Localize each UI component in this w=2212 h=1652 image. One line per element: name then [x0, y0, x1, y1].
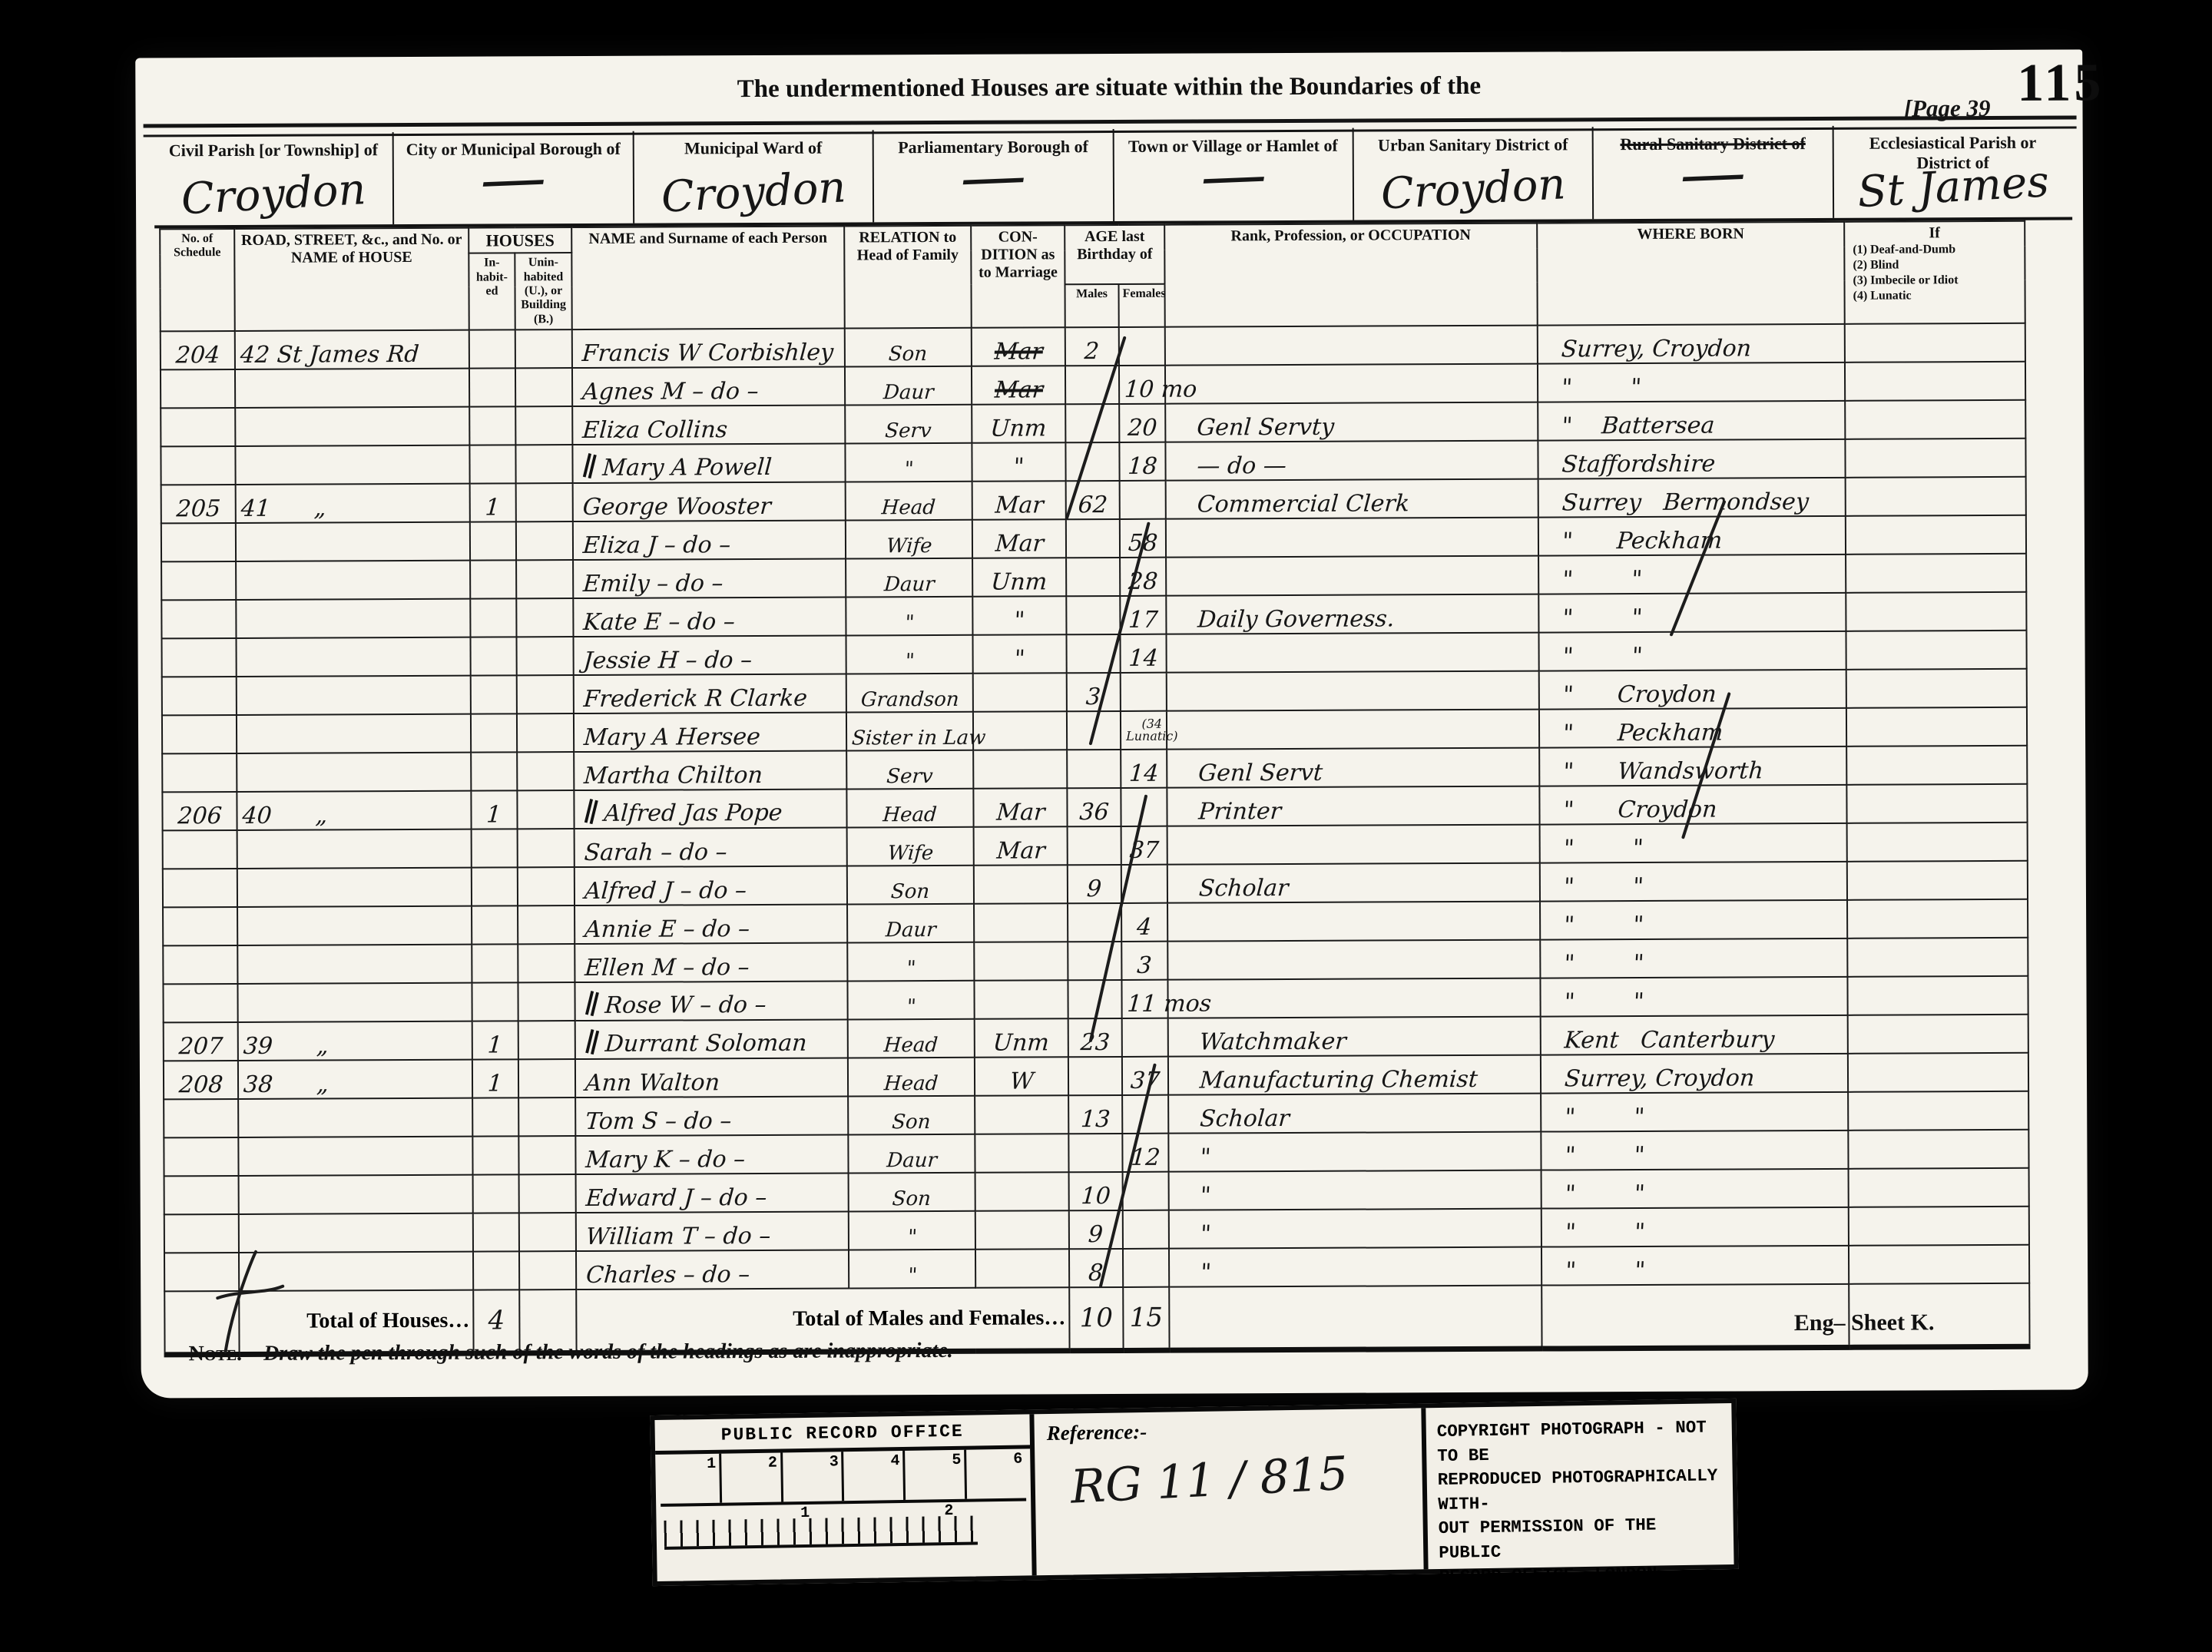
address [237, 829, 472, 869]
schedule-number [161, 523, 236, 561]
relation: Son [847, 866, 974, 905]
condition: Unm [972, 558, 1066, 598]
relation: Sister in Law [846, 712, 973, 751]
relation: Head [846, 482, 972, 521]
females-header: Females [1119, 284, 1165, 327]
infirmity [1846, 554, 2026, 593]
person-name: ∥Alfred Jas Pope [574, 790, 846, 829]
uninhabited [516, 483, 573, 521]
address: 40 „ [237, 791, 471, 830]
where-born: Surrey Bermondsey [1538, 478, 1846, 518]
uninhabited [518, 982, 575, 1021]
where-born: " " [1538, 363, 1845, 402]
person-name: Eliza Collins [572, 406, 845, 445]
schedule-number [164, 1137, 238, 1176]
schedule-number [163, 907, 237, 945]
municipal-borough-box: City or Municipal Borough of — [394, 131, 634, 224]
person-name: Sarah – do – [575, 828, 847, 868]
condition [975, 1096, 1068, 1135]
copyright-box: COPYRIGHT PHOTOGRAPH - NOT TO BE REPRODU… [1426, 1403, 1734, 1569]
infirmity [1846, 592, 2026, 631]
infirmity [1848, 1053, 2028, 1092]
infirmity [1846, 515, 2026, 555]
infirmity [1847, 861, 2028, 900]
where-born: " " [1541, 1131, 1848, 1170]
where-born: " " [1540, 939, 1847, 978]
occupation: Commercial Clerk [1166, 479, 1538, 519]
urban-sanitary-value: Croydon [1353, 157, 1594, 220]
person-name: Mary K – do – [575, 1135, 848, 1175]
infirmity [1846, 477, 2026, 516]
condition: " [972, 443, 1065, 482]
uninhabited [516, 560, 573, 598]
age-female [1123, 1249, 1169, 1287]
relation: Serv [846, 750, 973, 790]
occupation: — do — [1165, 441, 1538, 481]
uninhabited [518, 1059, 575, 1097]
rural-sanitary-box: Rural Sanitary District of — [1594, 126, 1834, 219]
inhabited-count [472, 1098, 518, 1137]
person-name: Emily – do – [573, 559, 846, 599]
infirmity [1847, 899, 2028, 939]
pen-slash-mark: ∥ [581, 1027, 602, 1060]
schedule-number [161, 369, 235, 408]
inhabited-count [472, 983, 518, 1021]
person-name: ∥Durrant Soloman [575, 1020, 848, 1060]
age-female [1122, 1018, 1168, 1057]
address [237, 983, 472, 1022]
age-male [1068, 1134, 1122, 1172]
age-male: 3 [1067, 673, 1121, 711]
address [236, 522, 470, 561]
uninhabited [515, 329, 572, 368]
relation: " [847, 981, 974, 1020]
inhabited-count [471, 676, 517, 714]
condition: Mar [972, 520, 1066, 559]
pro-office-title: PUBLIC RECORD OFFICE [654, 1414, 1030, 1455]
condition [975, 1249, 1069, 1288]
condition: Unm [975, 1019, 1068, 1058]
uninhabited [518, 867, 575, 905]
relation: Son [845, 328, 972, 367]
total-females-value: 15 [1123, 1287, 1169, 1351]
infirmity [1849, 1207, 2029, 1246]
uninhabited [517, 713, 574, 752]
infirmity [1846, 631, 2026, 670]
age-male: 9 [1068, 865, 1121, 903]
relation: " [846, 597, 972, 636]
ruler-scale: 1 2 3 4 5 6 [660, 1448, 1026, 1506]
reference-label: Reference:- [1047, 1416, 1409, 1445]
condition [973, 712, 1067, 751]
person-name: Frederick R Clarke [574, 674, 846, 714]
ruler-segment: 1 [660, 1454, 722, 1504]
civil-parish-box: Civil Parish [or Township] of Croydon [154, 132, 395, 225]
occupation [1167, 825, 1540, 865]
relation: " [849, 1250, 975, 1289]
inhabited-count [470, 522, 516, 561]
inhabited-count [473, 1252, 519, 1290]
schedule-number: 207 [164, 1022, 238, 1061]
where-born: " " [1540, 823, 1847, 863]
pro-stamp: PUBLIC RECORD OFFICE 1 2 3 4 5 6 1 2 Ref… [650, 1399, 1738, 1586]
address [237, 945, 472, 984]
occupation [1165, 326, 1538, 366]
condition: Unm [972, 405, 1065, 444]
infirmity [1845, 400, 2025, 439]
uninhabited [516, 598, 573, 637]
born-header: WHERE BORN [1537, 222, 1845, 326]
person-name: Charles – do – [576, 1250, 849, 1290]
ruler-segment: 2 [721, 1452, 783, 1502]
reference-box: Reference:- RG 11 / 815 [1034, 1408, 1428, 1575]
ruler-segment: 3 [783, 1452, 845, 1501]
condition: Mar [973, 789, 1067, 828]
address [239, 1175, 473, 1214]
condition [974, 981, 1068, 1020]
inhabited-count [469, 407, 515, 445]
age-female [1123, 1210, 1169, 1249]
district-header-row: Civil Parish [or Township] of Croydon Ci… [154, 125, 2073, 229]
inhabited-count [473, 1175, 519, 1213]
pen-slash-mark: ∥ [581, 988, 602, 1021]
person-name: Alfred J – do – [575, 866, 847, 906]
relation: Head [848, 1058, 975, 1097]
pen-scribble [210, 1244, 303, 1360]
relation: Daur [846, 558, 972, 598]
where-born: " " [1540, 862, 1847, 902]
relation: Daur [845, 366, 972, 406]
age-female: 11 mos [1121, 980, 1167, 1018]
schedule-number: 205 [161, 485, 236, 523]
infirmity [1845, 362, 2025, 401]
town-village-box: Town or Village or Hamlet of — [1114, 128, 1354, 221]
occupation: Daily Governess. [1166, 594, 1538, 634]
inhabited-count [471, 753, 517, 791]
address [236, 561, 470, 600]
inhabited-count [472, 829, 518, 868]
totals-blank [1169, 1286, 1541, 1351]
infirmity [1846, 669, 2027, 708]
occupation: Scholar [1168, 1094, 1541, 1134]
condition: " [972, 597, 1066, 636]
address [237, 753, 471, 792]
ruler-number: 5 [952, 1452, 961, 1469]
age-female [1121, 673, 1167, 711]
condition [974, 942, 1068, 982]
uninhabited [518, 944, 575, 982]
infirmity [1846, 746, 2027, 785]
occupation [1167, 978, 1540, 1018]
age-male [1066, 558, 1120, 596]
occupation [1167, 633, 1539, 673]
occupation: Genl Servt [1167, 748, 1539, 788]
schedule-number [162, 638, 237, 677]
person-name: George Wooster [573, 482, 846, 522]
road-header: ROAD, STREET, &c., and No. or NAME of HO… [234, 228, 469, 332]
relation: Wife [847, 827, 974, 866]
inhabited-header: In-habit-ed [469, 253, 515, 330]
infirmity [1849, 1168, 2029, 1207]
infirmity [1849, 1245, 2029, 1284]
age-female: 20 [1119, 404, 1165, 442]
inhabited-count [471, 637, 517, 676]
occupation: " [1169, 1247, 1541, 1287]
relation: Daur [848, 1134, 975, 1174]
inhabited-count [469, 445, 515, 484]
relation: Grandson [846, 674, 973, 713]
age-male: 2 [1065, 327, 1119, 366]
where-born: " Peckham [1538, 516, 1846, 556]
infirmity-header: If (1) Deaf-and-Dumb (2) Blind (3) Imbec… [1844, 221, 2025, 324]
person-name: Edward J – do – [576, 1174, 849, 1213]
age-male [1066, 519, 1120, 558]
infirmity [1845, 439, 2025, 478]
where-born: " " [1539, 631, 1846, 671]
age-female: 10 mo [1119, 366, 1165, 404]
condition [973, 674, 1067, 713]
note-text: —Draw the pen through such of the words … [242, 1339, 953, 1366]
condition [974, 904, 1068, 943]
where-born: Surrey, Croydon [1538, 324, 1845, 364]
ecclesiastical-parish-box: Ecclesiastical Parish or District of St … [1833, 125, 2072, 218]
address [235, 445, 469, 485]
where-born: " " [1538, 593, 1846, 633]
civil-parish-value: Croydon [153, 163, 394, 226]
males-header: Males [1065, 284, 1119, 327]
address: 39 „ [238, 1021, 472, 1061]
occupation [1167, 902, 1540, 942]
address [237, 714, 471, 753]
reference-value: RG 11 / 815 [1069, 1447, 1349, 1515]
age-female: 14 [1121, 750, 1167, 788]
civil-parish-label: Civil Parish [or Township] of [164, 140, 383, 161]
age-female: 37 [1122, 1057, 1168, 1095]
where-born: " " [1540, 977, 1847, 1017]
relation: " [846, 635, 973, 674]
uninhabited [519, 1213, 576, 1251]
address [235, 407, 469, 446]
inhabited-count: 1 [471, 791, 517, 829]
age-male [1068, 826, 1121, 865]
uninhabited [518, 829, 575, 867]
age-female: 14 [1121, 634, 1167, 673]
age-female: 18 [1119, 442, 1165, 481]
schedule-number [163, 869, 237, 907]
person-name: Agnes M – do – [572, 367, 845, 407]
name-header: NAME and Surname of each Person [571, 227, 845, 330]
person-name: ∥Rose W – do – [575, 982, 847, 1021]
where-born: Staffordshire [1538, 439, 1845, 479]
age-male [1066, 596, 1120, 634]
occupation: Watchmaker [1168, 1017, 1541, 1057]
schedule-number [162, 677, 237, 715]
ruler-number: 2 [768, 1455, 777, 1472]
ruler-segment: 6 [966, 1448, 1026, 1498]
pen-slash-mark: ∥ [581, 796, 601, 829]
municipal-ward-value: Croydon [633, 161, 874, 223]
address [236, 599, 470, 638]
uninhabited-header: Unin-habited (U.), or Building (B.) [515, 253, 571, 329]
where-born: " " [1541, 1246, 1849, 1286]
ruler-segment: 4 [844, 1451, 906, 1501]
age-female [1120, 481, 1166, 519]
municipal-borough-value: — [393, 141, 634, 216]
schedule-number: 204 [161, 331, 235, 369]
schedule-number [162, 715, 237, 753]
schedule-header: No. of Schedule [160, 229, 235, 332]
total-males-value: 10 [1069, 1287, 1123, 1351]
inhabited-count [469, 369, 515, 407]
urban-sanitary-box: Urban Sanitary District of Croydon [1353, 127, 1594, 220]
condition-header: CON-DITION as to Marriage [971, 225, 1065, 328]
condition: Mar [972, 328, 1065, 367]
infirmity [1846, 707, 2027, 747]
inhabited-count [473, 1213, 519, 1252]
where-born: " " [1538, 555, 1846, 594]
relation: Serv [845, 405, 972, 444]
uninhabited [515, 368, 572, 406]
where-born: " Battersea [1538, 401, 1845, 441]
occupation: Scholar [1167, 863, 1540, 903]
town-village-value: — [1113, 137, 1354, 213]
occupation: Manufacturing Chemist [1168, 1055, 1541, 1095]
person-name: Jessie H – do – [574, 636, 846, 676]
infirmity [1846, 784, 2027, 823]
age-female [1119, 327, 1165, 366]
folio-number: 115 [2017, 52, 2104, 114]
address [235, 369, 469, 408]
person-name: Annie E – do – [575, 905, 847, 945]
occupation [1167, 710, 1539, 750]
person-name: Martha Chilton [574, 751, 846, 791]
occupation [1166, 518, 1538, 558]
pen-slash-mark: ∥ [579, 451, 600, 484]
condition [975, 1172, 1069, 1211]
occupation [1165, 364, 1538, 404]
where-born: " " [1541, 1207, 1849, 1247]
inhabited-count: 1 [472, 1060, 518, 1098]
uninhabited [516, 521, 573, 560]
relation: " [847, 942, 974, 982]
person-name: ∥Mary A Powell [572, 444, 845, 484]
condition: " [973, 635, 1067, 674]
schedule-number [164, 1176, 239, 1214]
uninhabited [519, 1174, 576, 1213]
address [237, 637, 471, 677]
inhabited-count: 1 [472, 1021, 518, 1060]
person-name: Ellen M – do – [575, 943, 847, 983]
schedule-number [161, 408, 235, 446]
inhabited-count: 1 [470, 484, 516, 522]
inhabited-count [472, 1137, 518, 1175]
where-born: " Wandsworth [1539, 747, 1846, 786]
address: 41 „ [236, 484, 470, 523]
ruler-number: 4 [890, 1452, 899, 1470]
uninhabited [519, 1251, 576, 1289]
inhabited-count [470, 599, 516, 637]
uninhabited [515, 406, 572, 445]
condition [974, 866, 1068, 905]
inhabited-count [469, 330, 515, 369]
footer-note: Note.—Draw the pen through such of the w… [188, 1339, 952, 1366]
condition: Mar [972, 482, 1066, 521]
relation: Son [848, 1096, 975, 1135]
schedule-number [161, 561, 236, 600]
uninhabited [517, 637, 574, 675]
uninhabited [517, 790, 574, 829]
ruler-lower-scale: 1 2 [664, 1505, 1024, 1553]
ruler-segment: 5 [905, 1450, 967, 1500]
uninhabited [515, 445, 572, 483]
age-header: AGE last Birthday of [1065, 225, 1164, 285]
parliamentary-borough-box: Parliamentary Borough of — [874, 129, 1114, 222]
relation-header: RELATION to Head of Family [844, 226, 972, 329]
condition: Mar [972, 366, 1065, 406]
inhabited-count [472, 868, 518, 906]
age-male [1065, 442, 1119, 481]
relation: Wife [846, 520, 972, 559]
page-title: The undermentioned Houses are situate wi… [135, 69, 2082, 106]
age-female: 4 [1121, 903, 1167, 942]
relation: Head [846, 789, 973, 828]
occupation: " [1169, 1170, 1541, 1210]
uninhabited [518, 905, 575, 944]
uninhabited [517, 675, 574, 713]
occupation: Printer [1167, 786, 1539, 826]
condition [973, 750, 1067, 790]
schedule-number [161, 446, 235, 485]
address [237, 868, 472, 907]
age-male: 13 [1068, 1095, 1122, 1134]
age-male [1065, 366, 1119, 404]
schedule-number [161, 600, 236, 638]
person-name: Mary A Hersee [574, 713, 846, 753]
person-name: William T – do – [576, 1212, 849, 1252]
column-headers: No. of Schedule ROAD, STREET, &c., and N… [160, 221, 2025, 332]
schedule-number: 206 [162, 792, 237, 830]
inhabited-count [470, 561, 516, 599]
occupation: " [1169, 1209, 1541, 1249]
uninhabited [518, 1021, 575, 1059]
address [238, 1098, 472, 1137]
age-male: 62 [1066, 481, 1120, 519]
infirmity [1847, 823, 2028, 862]
relation: Head [848, 1019, 975, 1058]
relation: " [845, 443, 972, 482]
occupation [1167, 940, 1540, 980]
age-male: 36 [1067, 788, 1121, 826]
sheet-letter: Eng– Sheet K. [1794, 1309, 1935, 1336]
uninhabited [518, 1136, 575, 1174]
infirmity [1848, 1015, 2028, 1054]
schedule-number [163, 945, 237, 984]
age-male [1068, 942, 1121, 980]
schedule-number [164, 1099, 238, 1137]
person-name: Kate E – do – [573, 598, 846, 637]
age-male: 8 [1069, 1249, 1123, 1287]
infirmity [1848, 1130, 2028, 1169]
where-born: " Croydon [1539, 670, 1846, 710]
address: 38 „ [238, 1060, 472, 1099]
infirmity-list: (1) Deaf-and-Dumb (2) Blind (3) Imbecile… [1848, 242, 2021, 304]
infirmity [1847, 976, 2028, 1015]
infirmity [1847, 938, 2028, 977]
where-born: " " [1541, 1092, 1848, 1132]
parliamentary-borough-value: — [873, 139, 1114, 214]
where-born: " Peckham [1539, 708, 1846, 748]
person-name: Ann Walton [575, 1058, 848, 1098]
